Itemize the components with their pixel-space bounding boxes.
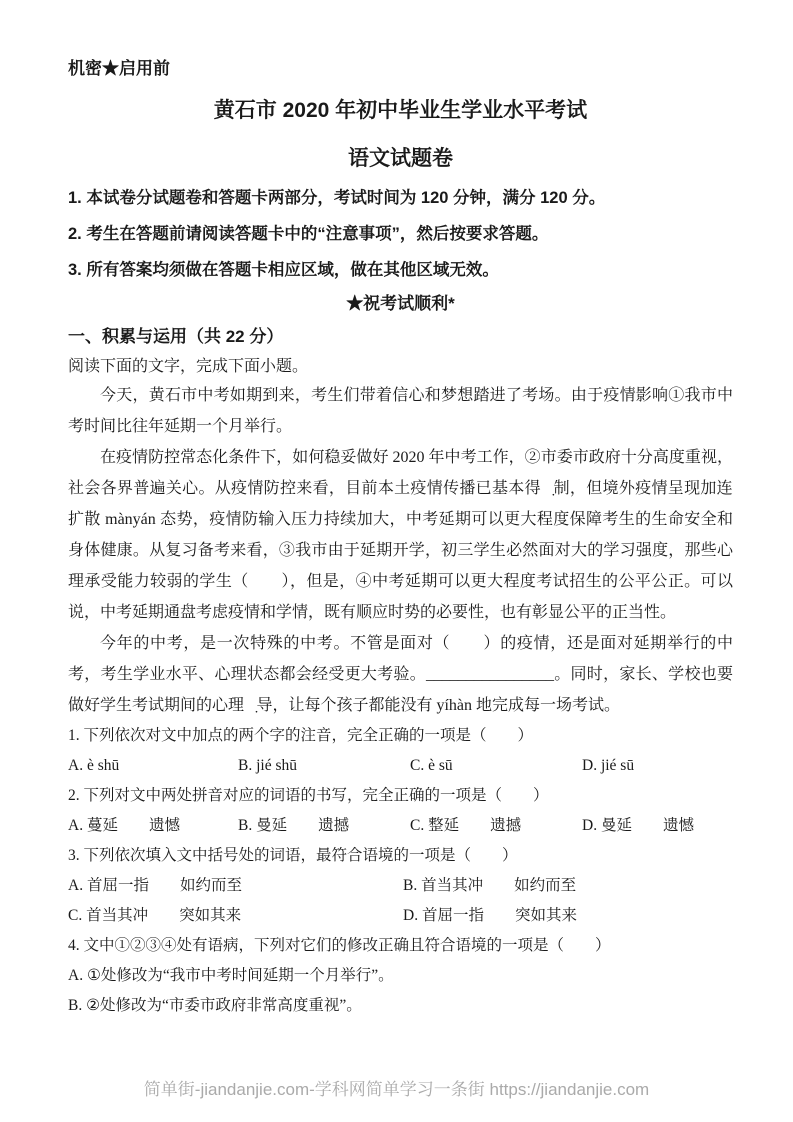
option-d: D. 首屈一指 突如其来 xyxy=(403,901,733,931)
question-2-stem: 2. 下列对文中两处拼音对应的词语的书写，完全正确的一项是（ ） xyxy=(68,781,733,811)
option-a: A. 蔓延 遗憾 xyxy=(68,811,238,841)
exam-wish-line: ★祝考试顺利* xyxy=(68,288,733,320)
option-c: C. 首当其冲 突如其来 xyxy=(68,901,403,931)
option-a: A. è shū xyxy=(68,751,238,781)
question-3: 3. 下列依次填入文中括号处的词语，最符合语境的一项是（ ） A. 首屈一指 如… xyxy=(68,841,733,931)
confidential-label: 机密★启用前 xyxy=(68,58,733,80)
exam-paper-page: 机密★启用前 黄石市 2020 年初中毕业生学业水平考试 语文试题卷 1. 本试… xyxy=(0,0,793,1021)
section-heading: 一、积累与运用（共 22 分） xyxy=(68,320,733,354)
option-c: C. 整延 遗撼 xyxy=(410,811,582,841)
exam-instructions: 1. 本试卷分试题卷和答题卡两部分，考试时间为 120 分钟，满分 120 分。… xyxy=(68,180,733,288)
question-4: 4. 文中①②③④处有语病，下列对它们的修改正确且符合语境的一项是（ ） A. … xyxy=(68,931,733,1021)
option-a: A. 首屈一指 如约而至 xyxy=(68,871,403,901)
instruction-line-2: 2. 考生在答题前请阅读答题卡中的“注意事项”，然后按要求答题。 xyxy=(68,216,733,252)
passage-intro: 阅读下面的文字，完成下面小题。 xyxy=(68,354,733,380)
question-1: 1. 下列依次对文中加点的两个字的注音，完全正确的一项是（ ） A. è shū… xyxy=(68,721,733,781)
option-b: B. 曼延 遗撼 xyxy=(238,811,410,841)
passage-paragraph-3: 今年的中考，是一次特殊的中考。不管是面对（ ）的疫情，还是面对延期举行的中考，考… xyxy=(68,628,733,721)
option-b: B. jié shū xyxy=(238,751,410,781)
option-d: D. 曼延 遗憾 xyxy=(582,811,733,841)
question-2-options: A. 蔓延 遗憾 B. 曼延 遗撼 C. 整延 遗撼 D. 曼延 遗憾 xyxy=(68,811,733,841)
option-b: B. 首当其冲 如约而至 xyxy=(403,871,733,901)
passage-paragraph-2: 在疫情防控常态化条件下，如何稳妥做好 2020 年中考工作，②市委市政府十分高度… xyxy=(68,442,733,628)
option-a: A. ①处修改为“我市中考时间延期一个月举行”。 xyxy=(68,961,733,991)
exam-title: 黄石市 2020 年初中毕业生学业水平考试 xyxy=(68,98,733,124)
question-2: 2. 下列对文中两处拼音对应的词语的书写，完全正确的一项是（ ） A. 蔓延 遗… xyxy=(68,781,733,841)
question-4-stem: 4. 文中①②③④处有语病，下列对它们的修改正确且符合语境的一项是（ ） xyxy=(68,931,733,961)
question-3-stem: 3. 下列依次填入文中括号处的词语，最符合语境的一项是（ ） xyxy=(68,841,733,871)
question-1-stem: 1. 下列依次对文中加点的两个字的注音，完全正确的一项是（ ） xyxy=(68,721,733,751)
instruction-line-3: 3. 所有答案均须做在答题卡相应区域，做在其他区域无效。 xyxy=(68,252,733,288)
instruction-line-1: 1. 本试卷分试题卷和答题卡两部分，考试时间为 120 分钟，满分 120 分。 xyxy=(68,180,733,216)
exam-subject-title: 语文试题卷 xyxy=(68,146,733,172)
option-b: B. ②处修改为“市委市政府非常高度重视”。 xyxy=(68,991,733,1021)
question-3-options: A. 首屈一指 如约而至 B. 首当其冲 如约而至 C. 首当其冲 突如其来 D… xyxy=(68,871,733,931)
watermark-footer: 简单街-jiandanjie.com-学科网简单学习一条街 https://ji… xyxy=(0,1075,793,1100)
option-d: D. jié sū xyxy=(582,751,733,781)
question-1-options: A. è shū B. jié shū C. è sū D. jié sū xyxy=(68,751,733,781)
passage-paragraph-1: 今天，黄石市中考如期到来，考生们带着信心和梦想踏进了考场。由于疫情影响①我市中考… xyxy=(68,380,733,442)
option-c: C. è sū xyxy=(410,751,582,781)
